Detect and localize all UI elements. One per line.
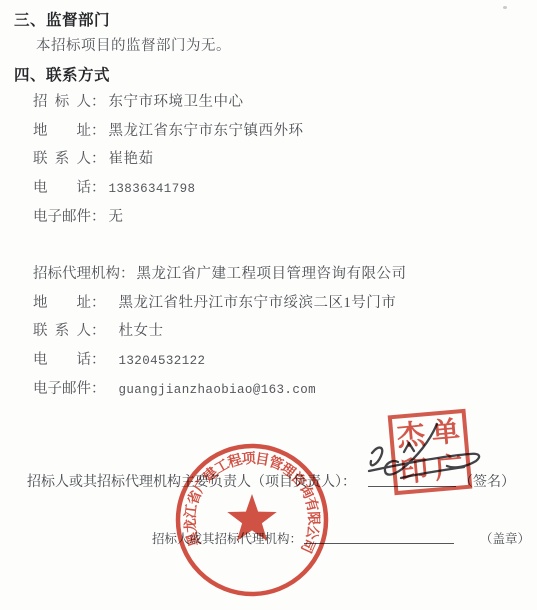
agency-address-row: 地 址：黑龙江省牡丹江市东宁市绥滨二区1号门市 [33, 294, 407, 323]
field-label: 电 话： [33, 179, 106, 197]
field-value: 黑龙江省广建工程项目管理咨询有限公司 [137, 266, 407, 282]
field-label: 电 话： [33, 351, 106, 369]
field-value: 东宁市环境卫生中心 [109, 94, 244, 110]
agency-name-row: 招标代理机构：黑龙江省广建工程项目管理咨询有限公司 [33, 265, 407, 294]
company-round-seal-stamp: 黑龙江省广建工程项目管理咨询有限公司 [172, 440, 332, 600]
handwritten-signature [358, 412, 498, 497]
tenderer-email-row: 电子邮件：无 [33, 208, 304, 237]
tenderer-phone-row: 电 话：13836341798 [33, 179, 304, 208]
field-label: 电子邮件： [33, 208, 106, 226]
field-label: 招 标 人： [33, 93, 106, 111]
field-value: 黑龙江省东宁市东宁镇西外环 [109, 123, 304, 139]
field-label: 招标代理机构： [33, 265, 135, 283]
field-value: 杜女士 [119, 323, 164, 339]
field-label: 地 址： [33, 122, 106, 140]
agency-email-row: 电子邮件：guangjianzhaobiao@163.com [33, 380, 407, 409]
supervision-statement: 本招标项目的监督部门为无。 [36, 34, 231, 55]
field-value: 无 [109, 209, 124, 225]
field-label: 地 址： [33, 294, 106, 312]
section-heading-supervision: 三、监督部门 [14, 8, 110, 30]
seal-suffix: （盖章） [480, 532, 530, 546]
tenderer-contact-block: 招 标 人：东宁市环境卫生中心 地 址：黑龙江省东宁市东宁镇西外环 联 系 人：… [33, 93, 304, 236]
seal-star-icon [227, 494, 276, 541]
field-value: 13204532122 [119, 354, 206, 368]
tenderer-address-row: 地 址：黑龙江省东宁市东宁镇西外环 [33, 122, 304, 151]
section-heading-contact: 四、联系方式 [14, 63, 110, 85]
tenderer-contact-person-row: 联 系 人：崔艳茹 [33, 150, 304, 179]
document-page: 三、监督部门 本招标项目的监督部门为无。 四、联系方式 招 标 人：东宁市环境卫… [0, 0, 537, 610]
tenderer-name-row: 招 标 人：东宁市环境卫生中心 [33, 93, 304, 122]
field-value: 13836341798 [109, 182, 196, 196]
agency-contact-block: 招标代理机构：黑龙江省广建工程项目管理咨询有限公司 地 址：黑龙江省牡丹江市东宁… [33, 265, 407, 408]
field-label: 联 系 人： [33, 150, 106, 168]
agency-contact-person-row: 联 系 人：杜女士 [33, 322, 407, 351]
field-value: guangjianzhaobiao@163.com [119, 383, 317, 397]
field-label: 电子邮件： [33, 380, 106, 398]
agency-phone-row: 电 话：13204532122 [33, 351, 407, 380]
scan-speckle [503, 6, 507, 9]
field-value: 崔艳茹 [109, 151, 154, 167]
field-value: 黑龙江省牡丹江市东宁市绥滨二区1号门市 [119, 295, 397, 311]
field-label: 联 系 人： [33, 322, 106, 340]
